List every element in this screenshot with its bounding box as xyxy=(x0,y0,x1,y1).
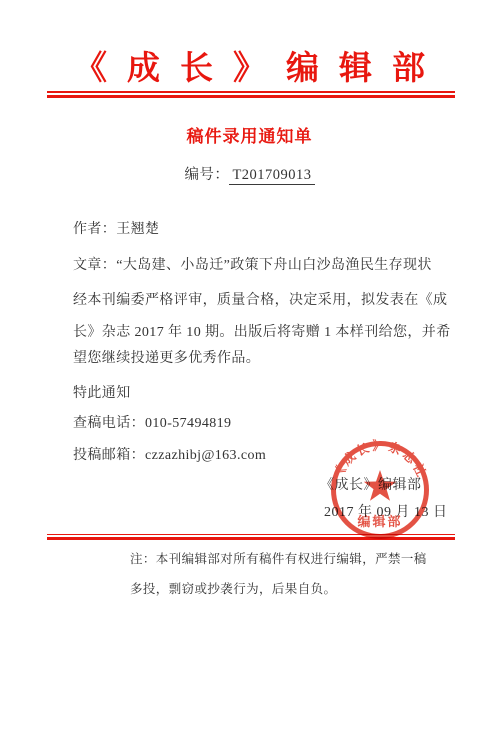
stamp-star-icon xyxy=(364,470,396,501)
notice-closing-line: 特此通知 xyxy=(73,382,131,402)
phone-line: 查稿电话：010-57494819 xyxy=(73,412,231,432)
footer-note-line-2: 多投，剽窃或抄袭行为，后果自负。 xyxy=(130,579,336,597)
acceptance-notice-page: 《成长》编辑部 稿件录用通知单 编号：T201709013 作者：王翘楚 文章：… xyxy=(0,0,499,730)
notice-subtitle: 稿件录用通知单 xyxy=(0,122,499,147)
masthead-title: 《成长》编辑部 xyxy=(0,42,499,89)
email-line: 投稿邮箱：czzazhibj@163.com xyxy=(73,444,266,464)
editorial-seal-stamp-icon: 《成长》杂志社 编辑部 xyxy=(319,429,441,551)
stamp-bottom-text: 编辑部 xyxy=(357,514,402,529)
manuscript-number-value: T201709013 xyxy=(229,167,314,185)
decision-line-3: 望您继续投递更多优秀作品。 xyxy=(73,347,260,367)
decision-line-1: 经本刊编委严格评审，质量合格，决定采用，拟发表在《成 xyxy=(73,289,447,309)
decision-line-2: 长》杂志 2017 年 10 期。出版后将寄赠 1 本样刊给您，并希 xyxy=(73,321,451,341)
author-line: 作者：王翘楚 xyxy=(73,218,159,238)
footer-note-line-1: 注：本刊编辑部对所有稿件有权进行编辑，严禁一稿 xyxy=(130,549,427,567)
manuscript-number-label: 编号： xyxy=(184,167,229,183)
masthead-double-rule xyxy=(47,91,455,98)
manuscript-number-line: 编号：T201709013 xyxy=(0,163,499,184)
article-title-line: 文章：“大岛建、小岛迁”政策下舟山白沙岛渔民生存现状 xyxy=(73,254,432,274)
